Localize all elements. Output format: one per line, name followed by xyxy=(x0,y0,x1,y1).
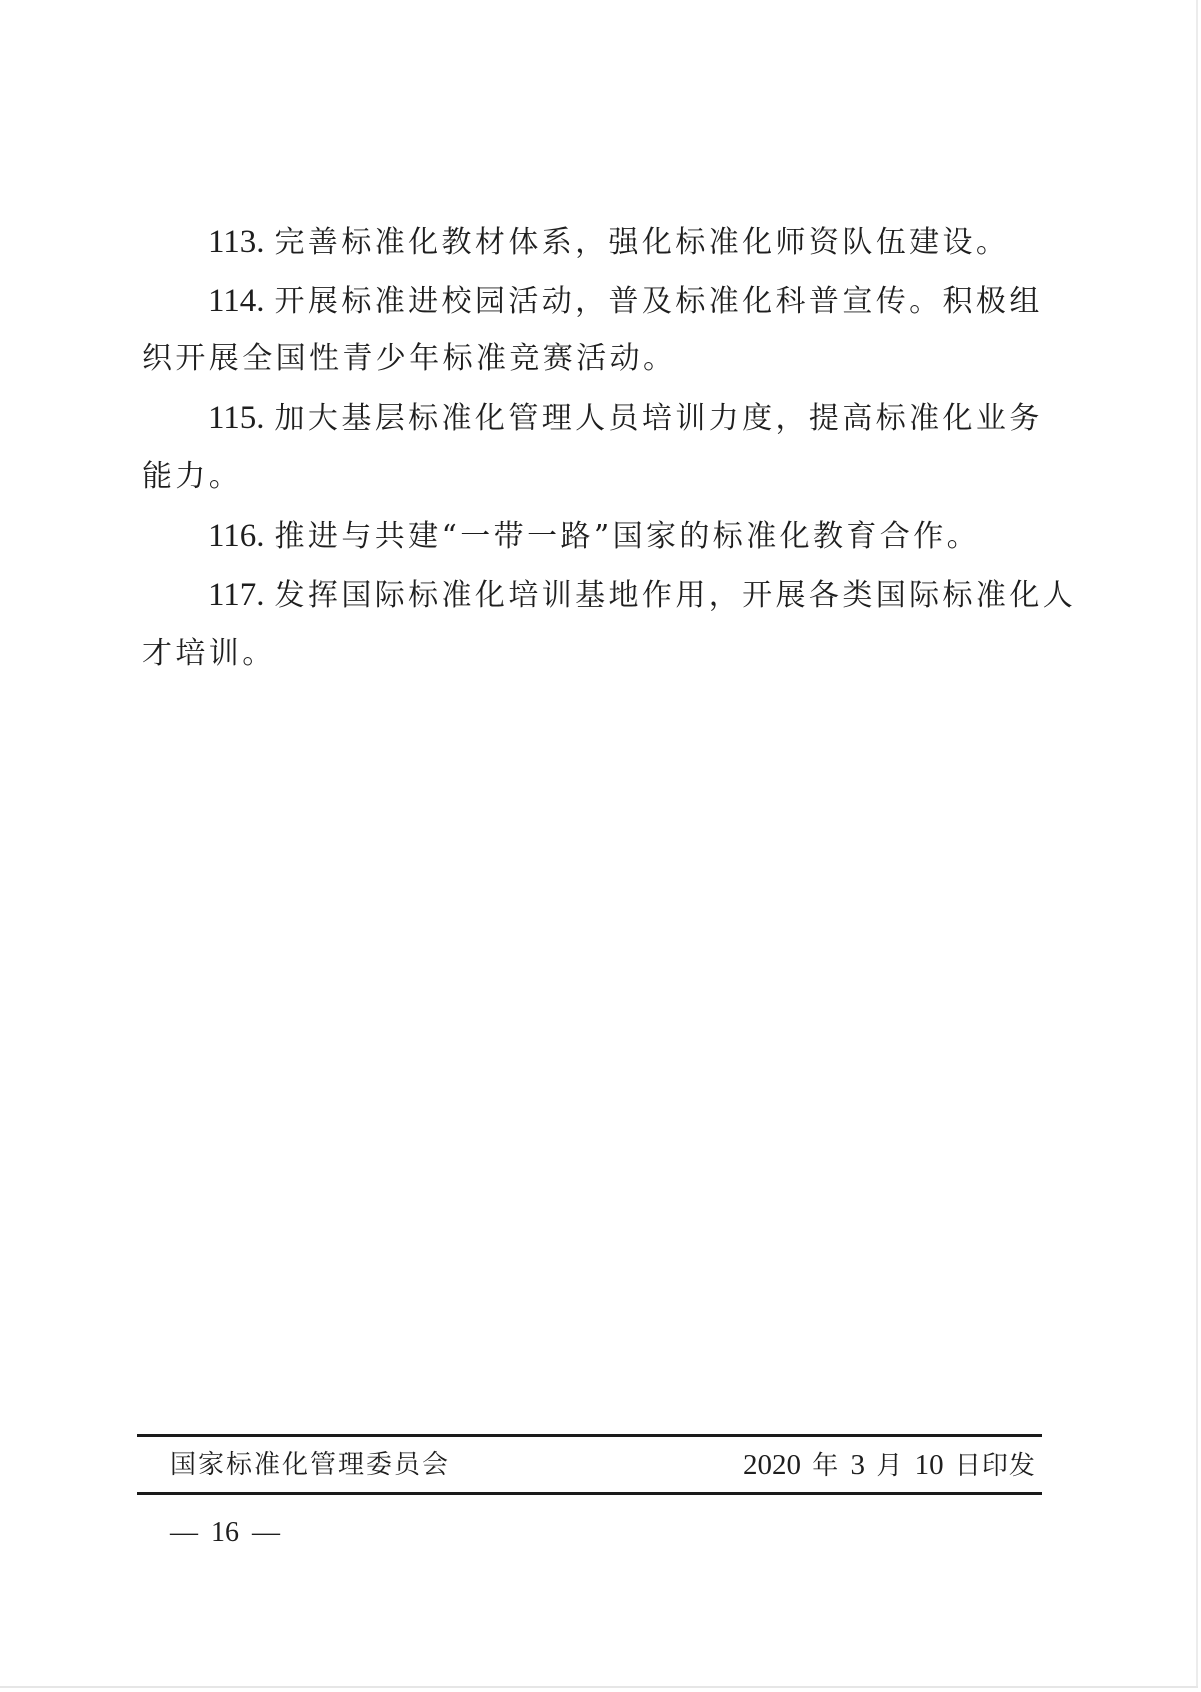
page-edge xyxy=(1196,0,1198,1688)
day-unit: 日 xyxy=(955,1451,982,1481)
footer-top-rule xyxy=(137,1434,1042,1437)
list-item-115: 115.加大基层标准化管理人员培训力度，提高标准化业务 xyxy=(208,398,1043,438)
item-number: 114. xyxy=(208,283,265,319)
list-item-117-continuation: 才培训。 xyxy=(142,634,276,674)
item-number: 117. xyxy=(208,577,265,613)
list-item-115-continuation: 能力。 xyxy=(142,457,242,497)
list-item-114-continuation: 织开展全国性青少年标准竞赛活动。 xyxy=(142,339,676,379)
issue-date: 2020 年 3 月 10 日印发 xyxy=(743,1448,1036,1483)
item-text: 加大基层标准化管理人员培训力度，提高标准化业务 xyxy=(275,401,1043,436)
month-unit: 月 xyxy=(876,1451,903,1481)
issue-day: 10 xyxy=(915,1449,944,1481)
list-item-114: 114.开展标准进校园活动，普及标准化科普宣传。积极组 xyxy=(208,281,1043,321)
footer-bottom-rule xyxy=(137,1492,1042,1495)
item-text: 织开展全国性青少年标准竞赛活动。 xyxy=(142,341,676,376)
issuer-name: 国家标准化管理委员会 xyxy=(170,1448,450,1482)
item-number: 113. xyxy=(208,224,265,260)
list-item-113: 113.完善标准化教材体系，强化标准化师资队伍建设。 xyxy=(208,222,1009,262)
item-text: 能力。 xyxy=(142,459,242,494)
list-item-116: 116.推进与共建“一带一路”国家的标准化教育合作。 xyxy=(208,516,980,556)
issue-month: 3 xyxy=(851,1449,866,1481)
page-number: — 16 — xyxy=(170,1515,280,1551)
item-text: 才培训。 xyxy=(142,636,276,671)
issue-suffix: 印发 xyxy=(982,1451,1036,1481)
item-text: 发挥国际标准化培训基地作用，开展各类国际标准化人 xyxy=(275,578,1077,613)
item-number: 116. xyxy=(208,518,265,554)
item-text: 完善标准化教材体系，强化标准化师资队伍建设。 xyxy=(275,225,1010,260)
item-text: 推进与共建“一带一路”国家的标准化教育合作。 xyxy=(275,519,980,554)
item-number: 115. xyxy=(208,400,265,436)
year-unit: 年 xyxy=(812,1451,839,1481)
item-text: 开展标准进校园活动，普及标准化科普宣传。积极组 xyxy=(275,284,1043,319)
page-edge xyxy=(0,1686,1198,1688)
list-item-117: 117.发挥国际标准化培训基地作用，开展各类国际标准化人 xyxy=(208,575,1076,615)
issue-year: 2020 xyxy=(743,1449,801,1481)
